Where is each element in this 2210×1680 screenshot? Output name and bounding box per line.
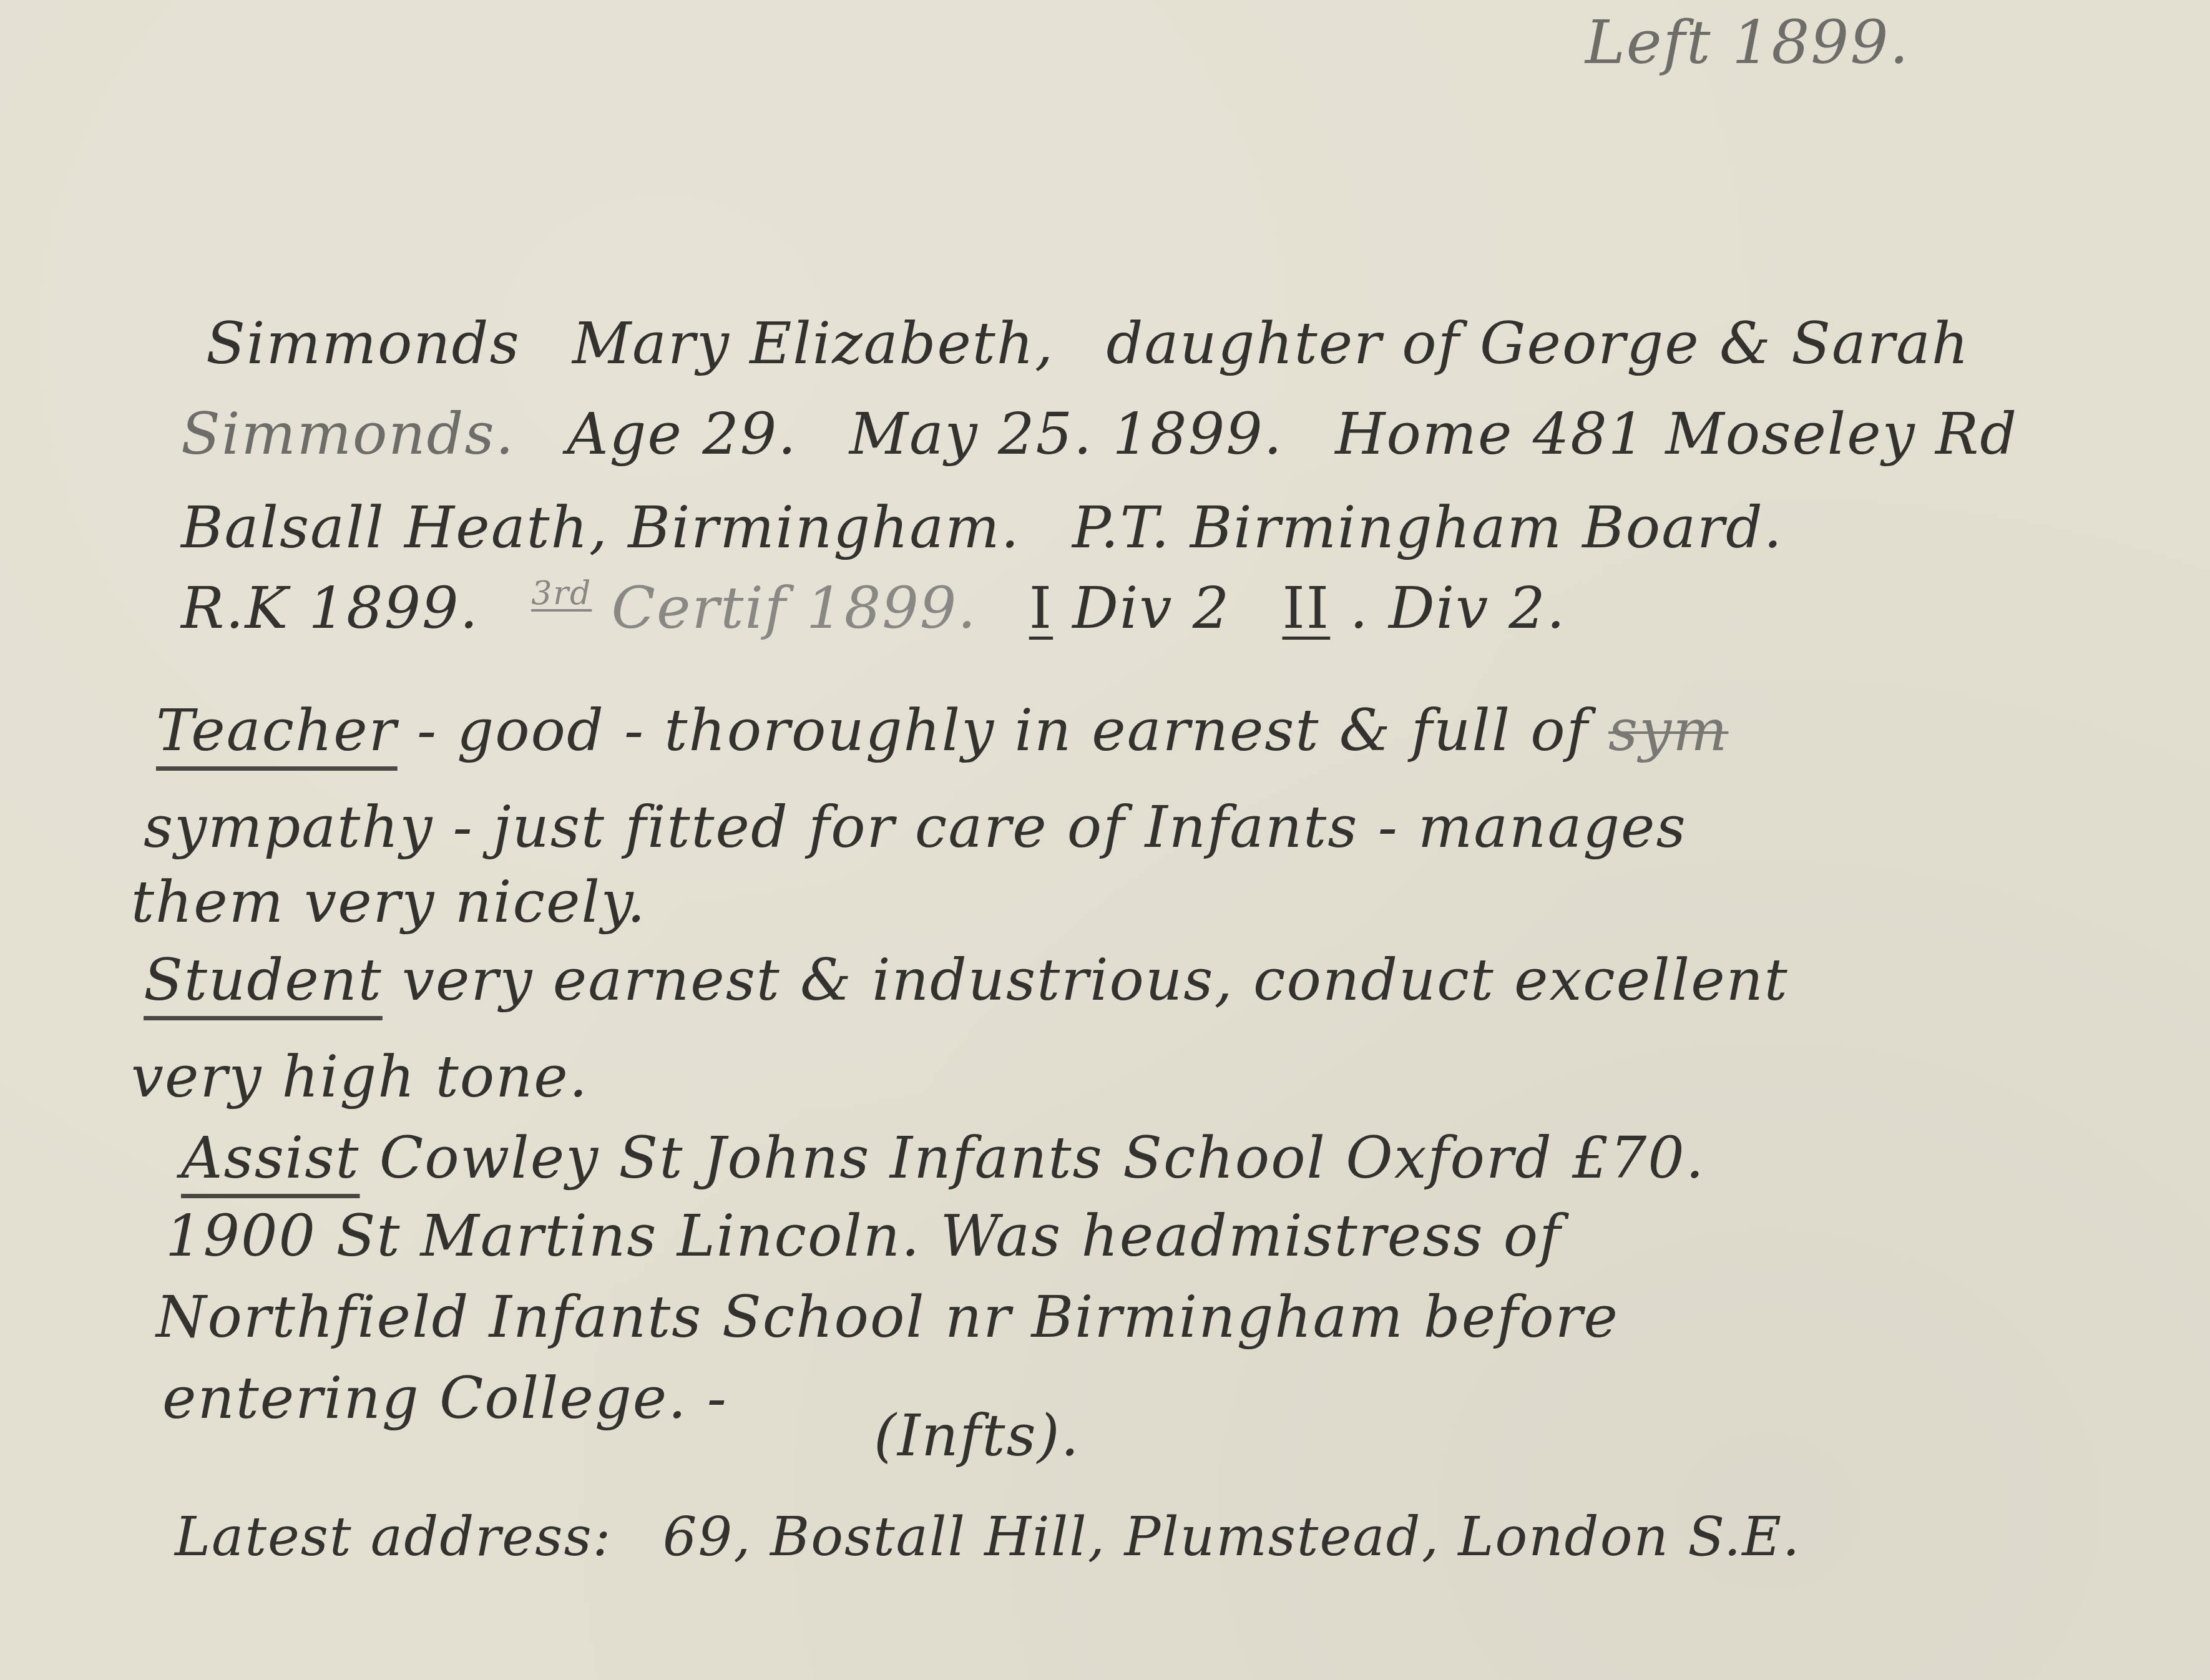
- register-page: Left 1899. Simmonds Mary Elizabeth, daug…: [0, 0, 2210, 1680]
- teacher-struck-word: sym: [1608, 697, 1728, 764]
- entry-line-1: Simmonds Mary Elizabeth, daughter of Geo…: [206, 315, 1970, 373]
- student-line-1: Student very earnest & industrious, cond…: [144, 952, 1789, 1009]
- latest-address-value: 69, Bostall Hill, Plumstead, London S.E.: [663, 1506, 1801, 1568]
- entry-given-names: Mary Elizabeth,: [572, 315, 1054, 373]
- assist-note: (Infts).: [874, 1407, 1080, 1465]
- entry-div2: . Div 2.: [1349, 580, 1566, 637]
- entry-certif: Certif 1899.: [612, 575, 977, 642]
- entry-pupil-teacher: P.T. Birmingham Board.: [1072, 499, 1783, 557]
- assist-line-4: entering College. -: [162, 1370, 728, 1427]
- student-label: Student: [144, 947, 383, 1013]
- entry-div1-roman: I: [1029, 575, 1053, 642]
- entry-div2-roman: II: [1283, 575, 1331, 642]
- entry-place: Balsall Heath, Birmingham.: [181, 499, 1020, 557]
- entry-line-4: R.K 1899. 3rd Certif 1899. I Div 2 II . …: [181, 577, 1566, 637]
- entry-class-number: 3rd: [531, 575, 592, 612]
- entry-surname-repeat: Simmonds.: [181, 406, 515, 463]
- teacher-line-1: Teacher - good - thoroughly in earnest &…: [156, 702, 1728, 759]
- left-date: Left 1899.: [1585, 12, 1910, 72]
- assist-line-3: Northfield Infants School nr Birmingham …: [156, 1289, 1619, 1346]
- student-line-2: very high tone.: [131, 1048, 589, 1106]
- assist-label: Assist: [181, 1125, 359, 1191]
- latest-address-label: Latest address:: [175, 1510, 612, 1564]
- entry-age: Age 29.: [567, 406, 797, 463]
- assist-line-2: 1900 St Martins Lincoln. Was headmistres…: [165, 1208, 1562, 1265]
- student-text: very earnest & industrious, conduct exce…: [402, 947, 1789, 1013]
- teacher-line-3: them very nicely.: [131, 874, 647, 931]
- entry-div1: Div 2: [1072, 580, 1230, 637]
- entry-certif-group: 3rd Certif 1899.: [531, 577, 977, 637]
- entry-parents: daughter of George & Sarah: [1107, 315, 1970, 373]
- teacher-label: Teacher: [156, 697, 398, 764]
- teacher-text: - good - thoroughly in earnest & full of: [417, 697, 1589, 764]
- assist-line-1: Assist Cowley St Johns Infants School Ox…: [181, 1130, 1705, 1187]
- entry-line-2: Simmonds. Age 29. May 25. 1899. Home 481…: [181, 406, 2018, 463]
- latest-address-line: Latest address: 69, Bostall Hill, Plumst…: [175, 1510, 1801, 1564]
- entry-home-address: Home 481 Moseley Rd: [1335, 406, 2018, 463]
- entry-rk: R.K 1899.: [181, 580, 479, 637]
- entry-date: May 25. 1899.: [849, 406, 1283, 463]
- entry-line-3: Balsall Heath, Birmingham. P.T. Birmingh…: [181, 499, 1783, 557]
- entry-surname: Simmonds: [206, 315, 521, 373]
- teacher-line-2: sympathy - just fitted for care of Infan…: [144, 799, 1687, 856]
- assist-text: Cowley St Johns Infants School Oxford £7…: [379, 1125, 1705, 1191]
